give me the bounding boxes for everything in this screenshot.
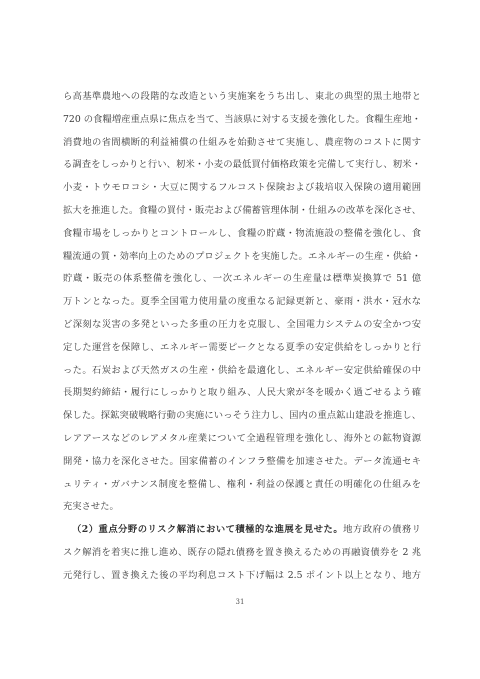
document-body: ら高基準農地への段階的な改造という実施案をうち出し、東北の典型的黒土地帯と 72… [63, 86, 421, 588]
body-text-line: 充実させた。 [63, 496, 421, 519]
body-text-line: レアアースなどのレアメタル産業について全過程管理を強化し、海外との鉱物資源 [63, 428, 421, 451]
body-text-line: 保した。探鉱突破戦略行動の実施にいっそう注力し、国内の重点鉱山建設を推進し、 [63, 405, 421, 428]
body-text-line: 長期契約締結・履行にしっかりと取り組み、人民大衆が冬を暖かく過ごせるよう確 [63, 382, 421, 405]
paragraph-2: （2）重点分野のリスク解消において積極的な進展を見せた。地方政府の債務リ スク解… [63, 519, 421, 587]
body-text-line: 貯蔵・販売の体系整備を強化し、一次エネルギーの生産量は標準炭換算で 51 億 3… [63, 268, 421, 291]
body-text-line: 定した運営を保障し、エネルギー需要ピークとなる夏季の安定供給をしっかりと行 [63, 337, 421, 360]
page-number: 31 [0, 597, 480, 607]
paragraph-1: ら高基準農地への段階的な改造という実施案をうち出し、東北の典型的黒土地帯と 72… [63, 86, 421, 519]
body-text-line: 食糧市場をしっかりとコントロールし、食糧の貯蔵・物流施設の整備を強化し、食 [63, 223, 421, 246]
body-text-line: る調査をしっかりと行い、籾米・小麦の最低買付価格政策を完備して実行し、籾米・ [63, 154, 421, 177]
body-text-line: ら高基準農地への段階的な改造という実施案をうち出し、東北の典型的黒土地帯と [63, 86, 421, 109]
body-text-line: 開発・協力を深化させた。国家備蓄のインフラ整備を加速させた。データ流通セキ [63, 451, 421, 474]
body-text-line: （2）重点分野のリスク解消において積極的な進展を見せた。地方政府の債務リ [63, 519, 421, 542]
body-text-line: スク解消を着実に推し進め、既存の隠れ債務を置き換えるための再融資債券を 2 兆 [63, 542, 421, 565]
body-text-line: 720 の食糧増産重点県に焦点を当て、当該県に対する支援を強化した。食糧生産地・ [63, 109, 421, 132]
body-text-line: 拡大を推進した。食糧の買付・販売および備蓄管理体制・仕組みの改革を深化させ、 [63, 200, 421, 223]
body-text-line: 糧流通の質・効率向上のためのプロジェクトを実施した。エネルギーの生産・供給・ [63, 246, 421, 269]
body-text-line: 万トンとなった。夏季全国電力使用量の度重なる記録更新と、豪雨・洪水・冠水な [63, 291, 421, 314]
paragraph-2-heading: （2）重点分野のリスク解消において積極的な進展を見せた。 [72, 524, 343, 535]
paragraph-2-line1-rest: 地方政府の債務リ [343, 524, 421, 535]
body-text-line: ュリティ・ガバナンス制度を整備し、権利・利益の保護と責任の明確化の仕組みを [63, 474, 421, 497]
document-page: ら高基準農地への段階的な改造という実施案をうち出し、東北の典型的黒土地帯と 72… [0, 0, 480, 679]
body-text-line: 元発行し、置き換えた後の平均利息コスト下げ幅は 2.5 ポイント以上となり、地方 [63, 565, 421, 588]
body-text-line: ど深刻な災害の多発といった多重の圧力を克服し、全国電力システムの安全かつ安 [63, 314, 421, 337]
body-text-line: った。石炭および天然ガスの生産・供給を最適化し、エネルギー安定供給確保の中 [63, 360, 421, 383]
body-text-line: 消費地の省間横断的利益補償の仕組みを始動させて実施し、農産物のコストに関す [63, 132, 421, 155]
body-text-line: 小麦・トウモロコシ・大豆に関するフルコスト保険および栽培収入保険の適用範囲 [63, 177, 421, 200]
